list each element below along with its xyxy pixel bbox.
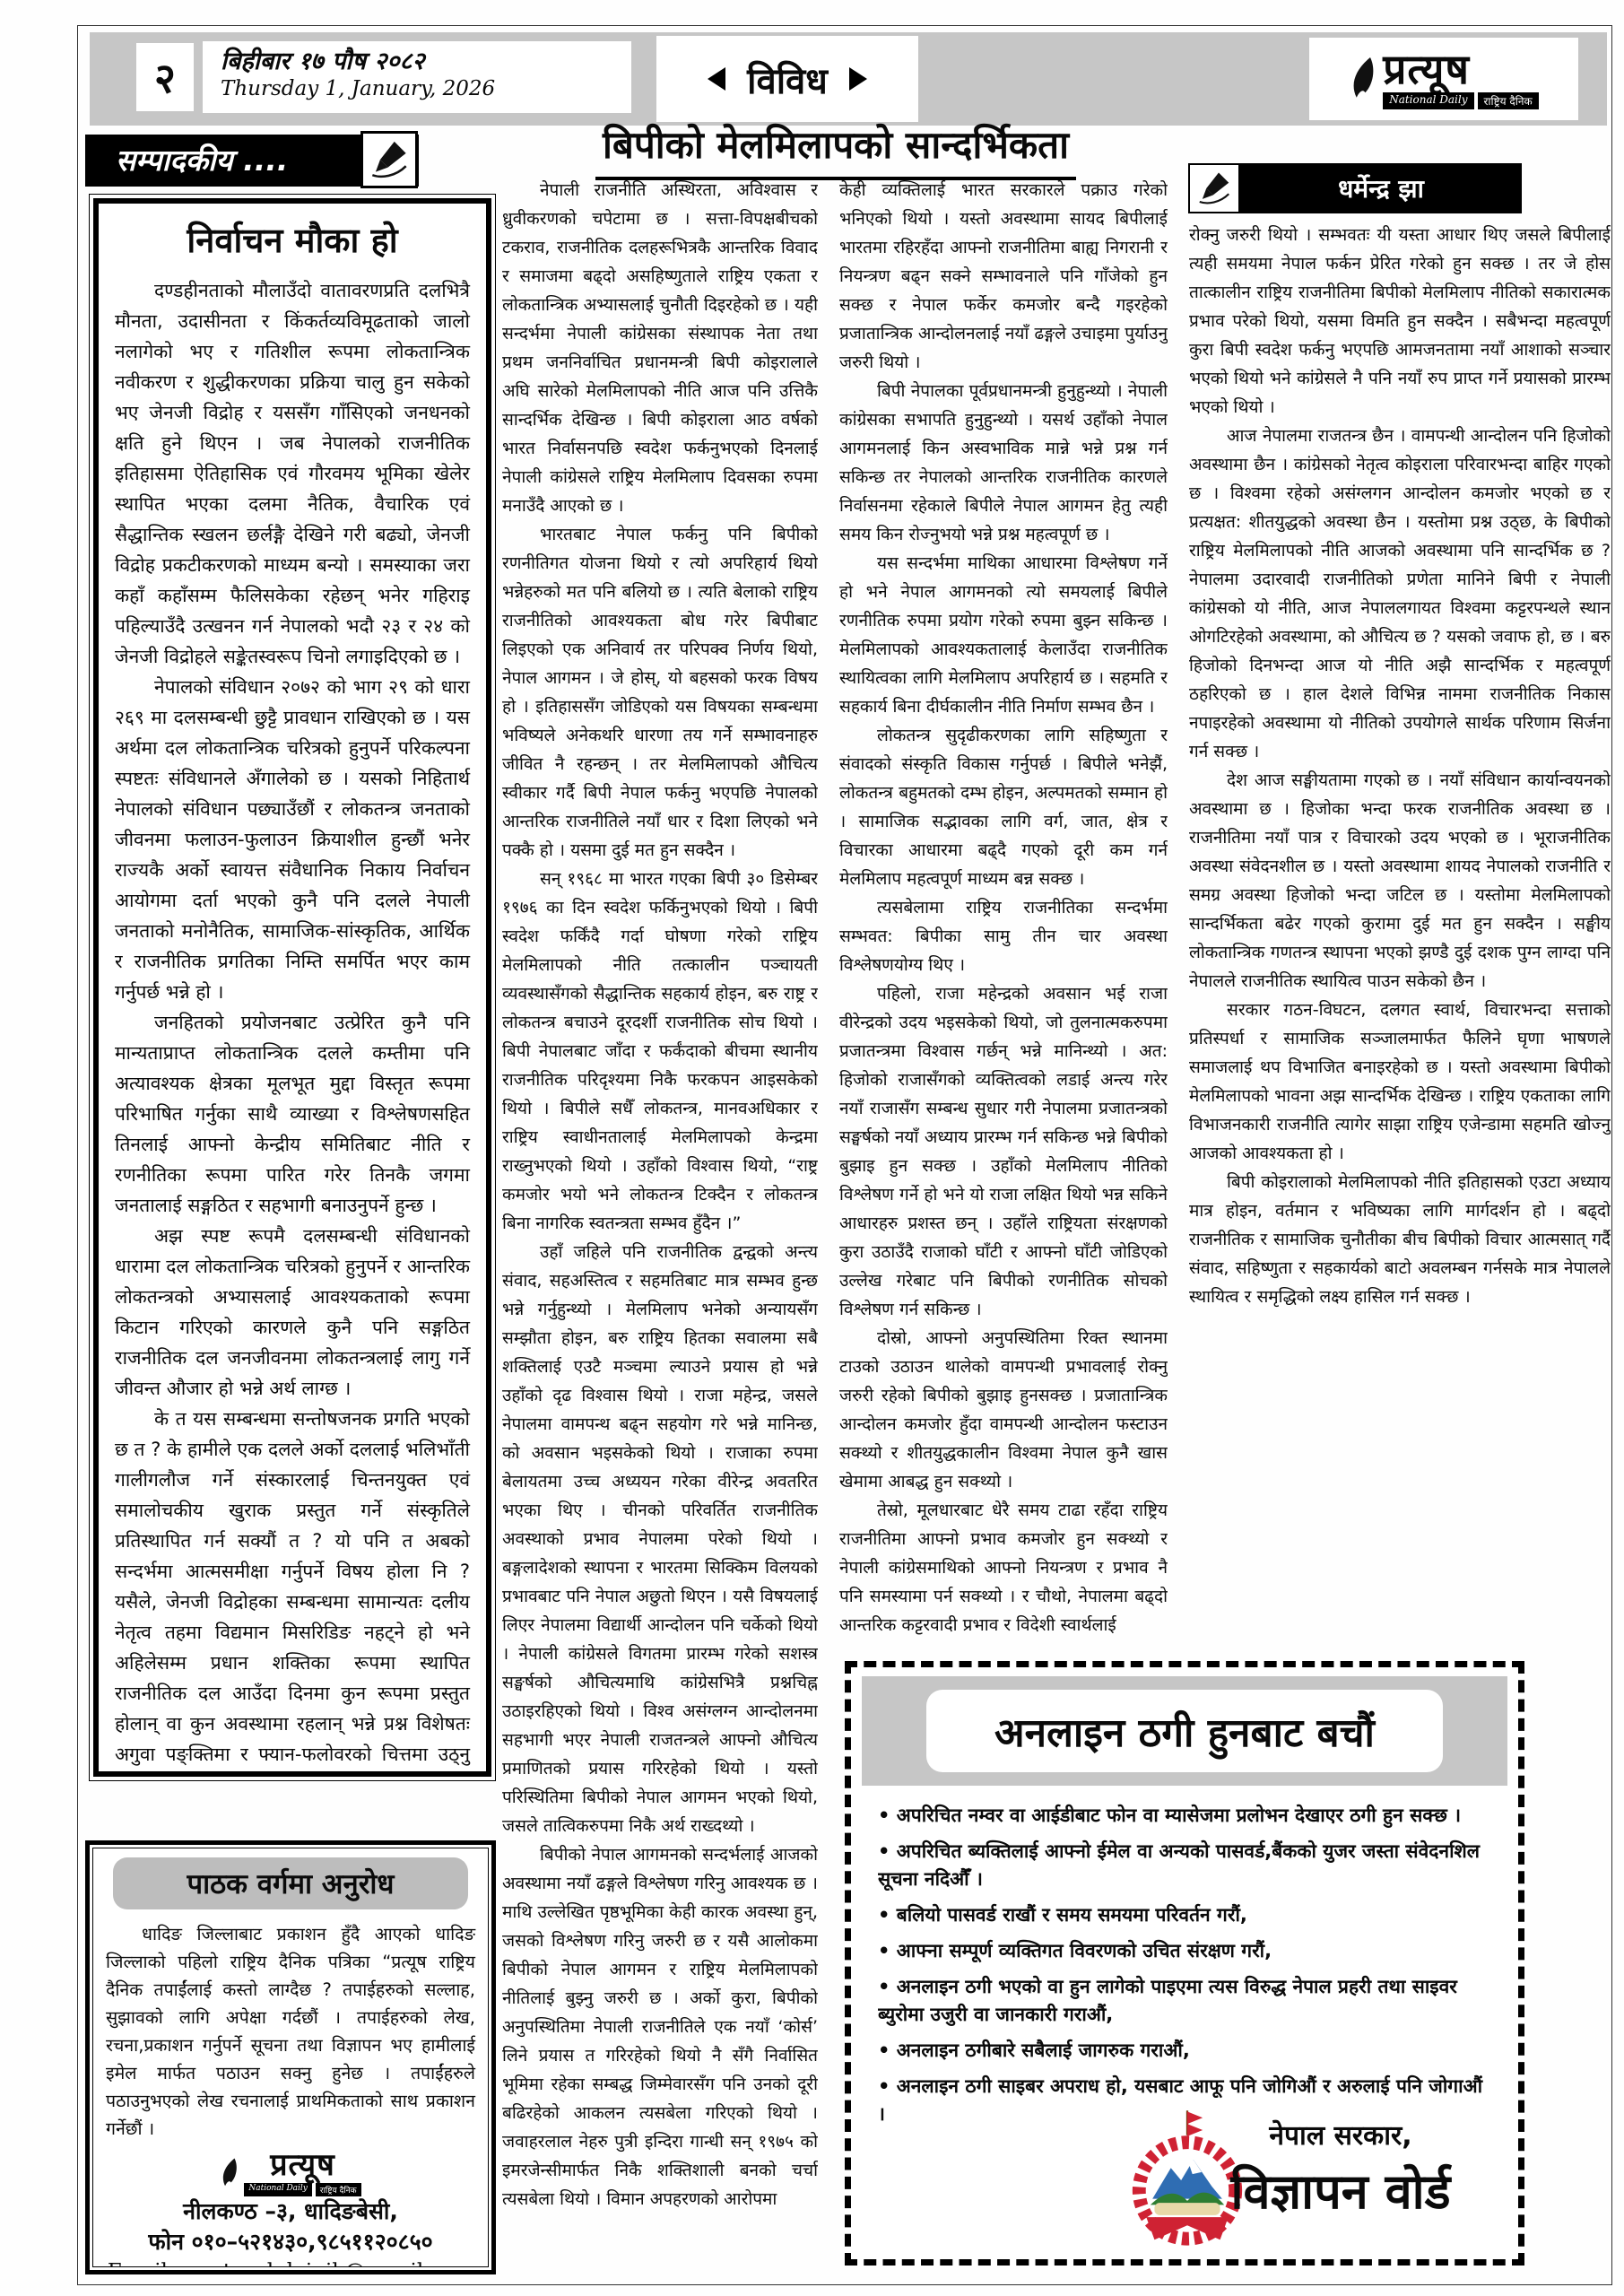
ad-bullet: अनलाइन ठगी भएको वा हुन लागेको पाइएमा त्य…: [878, 1973, 1495, 2029]
editorial-paragraph: जनहितको प्रयोजनबाट उत्प्रेरित कुनै पनि म…: [115, 1007, 470, 1221]
publisher-address: नीलकण्ठ –३, धादिङबेसी,: [106, 2196, 475, 2227]
ad-bullet: अपरिचित ब्यक्तिलाई आफ्नो ईमेल वा अन्यको …: [878, 1838, 1495, 1893]
ad-board: विज्ञापन वोर्ड: [1188, 2156, 1493, 2222]
article-paragraph: रोक्नु जरुरी थियो । सम्भवतः यी यस्ता आधा…: [1189, 221, 1611, 422]
article-paragraph: तेस्रो, मूलधारबाट धेरै समय टाढा रहँदा रा…: [839, 1496, 1168, 1639]
ad-issuer: नेपाल सरकार,: [1188, 2116, 1493, 2152]
ad-bullet: अनलाइन ठगीबारे सबैलाई जागरुक गराऔं,: [878, 2037, 1495, 2065]
article-byline: धर्मेन्द्र झा: [1188, 163, 1522, 213]
ad-bullet-list: अपरिचित नम्वर वा आईडीबाट फोन वा म्यासेजम…: [878, 1802, 1495, 2121]
newspaper-page: २ बिहीबार १७ पौष २०८२ Thursday 1, Januar…: [0, 0, 1624, 2296]
reader-request-box: पाठक वर्गमा अनुरोध धादिङ जिल्लाबाट प्रका…: [85, 1840, 496, 2274]
ad-signature: नेपाल सरकार, विज्ञापन वोर्ड: [1188, 2116, 1493, 2222]
page-number: २: [136, 43, 194, 111]
article-paragraph: उहाँ जहिले पनि राजनीतिक द्वन्द्वको अन्त्…: [502, 1238, 818, 1840]
article-column-1: नेपाली राजनीति अस्थिरता, अविश्वास र ध्रु…: [502, 176, 818, 2282]
article-headline: बिपीको मेलमिलापको सान्दर्भिकता: [595, 118, 1076, 180]
ad-bullet: अपरिचित नम्वर वा आईडीबाट फोन वा म्यासेजम…: [878, 1802, 1495, 1830]
article-paragraph: भारतबाट नेपाल फर्कनु पनि बिपीको रणनीतिगत…: [502, 520, 818, 865]
article-paragraph: बिपी नेपालका पूर्वप्रधानमन्त्री हुनुहुन्…: [839, 377, 1168, 549]
publisher-phone: फोन ०१०–५२१४३०,९८५११२०८५०: [106, 2227, 475, 2257]
section-tab: विविध: [656, 36, 918, 122]
article-paragraph: केही व्यक्तिलाई भारत सरकारले पक्राउ गरेक…: [839, 176, 1168, 377]
editorial-paragraph: नेपालको संविधान २०७२ को भाग २९ को धारा २…: [115, 672, 470, 1007]
byline-pen-box: [1188, 163, 1240, 213]
article-headline-wrap: बिपीको मेलमिलापको सान्दर्भिकता: [500, 118, 1171, 180]
article-author: धर्मेन्द्र झा: [1240, 163, 1522, 213]
article-paragraph: पहिलो, राजा महेन्द्रको अवसान भई राजा वीर…: [839, 979, 1168, 1324]
ad-bullet: आफ्ना सम्पूर्ण व्यक्तिगत विवरणको उचित सं…: [878, 1937, 1495, 1965]
editorial-pen-box: [360, 131, 418, 188]
ad-title: अनलाइन ठगी हुनबाट बचौं: [994, 1704, 1375, 1758]
masthead-logo: प्रत्यूष National Daily राष्ट्रिय दैनिक: [1309, 38, 1578, 120]
flame-icon: [1349, 53, 1377, 105]
editorial-paragraph: अझ स्पष्ट रूपमै दलसम्बन्धी संविधानको धार…: [115, 1221, 470, 1404]
article-column-2: केही व्यक्तिलाई भारत सरकारले पक्राउ गरेक…: [839, 176, 1168, 1656]
article-paragraph: यस सन्दर्भमा माथिका आधारमा विश्लेषण गर्न…: [839, 549, 1168, 721]
article-paragraph: सन् १९६८ मा भारत गएका बिपी ३० डिसेम्बर १…: [502, 865, 818, 1238]
article-paragraph: आज नेपालमा राजतन्त्र छैन । वामपन्थी आन्द…: [1189, 422, 1611, 766]
date-english: Thursday 1, January, 2026: [221, 77, 631, 100]
flame-icon: [220, 2155, 239, 2191]
editorial-paragraph: के त यस सम्बन्धमा सन्तोषजनक प्रगति भएको …: [115, 1404, 470, 1777]
editorial-box: निर्वाचन मौका हो दण्डहीनताको मौलाउँदो वा…: [89, 194, 496, 1781]
ad-bullet: बलियो पासवर्ड राखौं र समय समयमा परिवर्तन…: [878, 1901, 1495, 1929]
date-nepali: बिहीबार १७ पौष २०८२: [221, 47, 631, 77]
article-paragraph: त्यसबेलामा राष्ट्रिय राजनीतिका सन्दर्भमा…: [839, 893, 1168, 979]
article-paragraph: नेपाली राजनीति अस्थिरता, अविश्वास र ध्रु…: [502, 176, 818, 520]
article-paragraph: देश आज सङ्घीयतामा गएको छ । नयाँ संविधान …: [1189, 766, 1611, 996]
article-paragraph: बिपीको नेपाल आगमनको सन्दर्भलाई आजको अवस्…: [502, 1840, 818, 2213]
left-arrow-icon: [708, 67, 725, 91]
masthead-subtitle-en: National Daily: [1383, 92, 1473, 109]
reader-box-title: पाठक वर्गमा अनुरोध: [113, 1857, 468, 1909]
reader-box-body: धादिङ जिल्लाबाट प्रकाशन हुँदै आएको धादिङ…: [106, 1920, 475, 2143]
masthead-title: प्रत्यूष: [244, 2150, 360, 2180]
publisher-email[interactable]: Email : pratyushdainik@gmail.com: [106, 2257, 475, 2268]
pen-icon: [1196, 170, 1232, 206]
editorial-paragraph: दण्डहीनताको मौलाउँदो वातावरणप्रति दलभित्…: [115, 275, 470, 672]
article-paragraph: बिपी कोइरालाको मेलमिलापको नीति इतिहासको …: [1189, 1168, 1611, 1311]
article-paragraph: लोकतन्त्र सुदृढीकरणका लागि सहिष्णुता र स…: [839, 721, 1168, 893]
article-paragraph: सरकार गठन-विघटन, दलगत स्वार्थ, विचारभन्द…: [1189, 996, 1611, 1168]
article-column-3: रोक्नु जरुरी थियो । सम्भवतः यी यस्ता आधा…: [1189, 221, 1611, 1656]
right-arrow-icon: [849, 67, 867, 91]
pen-icon: [369, 139, 410, 180]
ad-title-band: अनलाइन ठगी हुनबाट बचौं: [862, 1676, 1507, 1786]
online-fraud-notice-box: अनलाइन ठगी हुनबाट बचौं अपरिचित नम्वर वा …: [845, 1661, 1524, 2266]
section-title: विविध: [747, 55, 828, 104]
masthead-logo-small: प्रत्यूष National Daily राष्ट्रिय दैनिक: [106, 2150, 475, 2196]
masthead-subtitle-np: राष्ट्रिय दैनिक: [316, 2183, 361, 2196]
masthead-title: प्रत्यूष: [1383, 48, 1539, 90]
editorial-title: निर्वाचन मौका हो: [115, 216, 470, 263]
article-paragraph: दोस्रो, आफ्नो अनुपस्थितिमा रिक्त स्थानमा…: [839, 1324, 1168, 1496]
masthead-subtitle-np: राष्ट्रिय दैनिक: [1478, 92, 1539, 109]
date-box: बिहीबार १७ पौष २०८२ Thursday 1, January,…: [203, 41, 631, 113]
masthead-subtitle-en: National Daily: [244, 2183, 311, 2196]
